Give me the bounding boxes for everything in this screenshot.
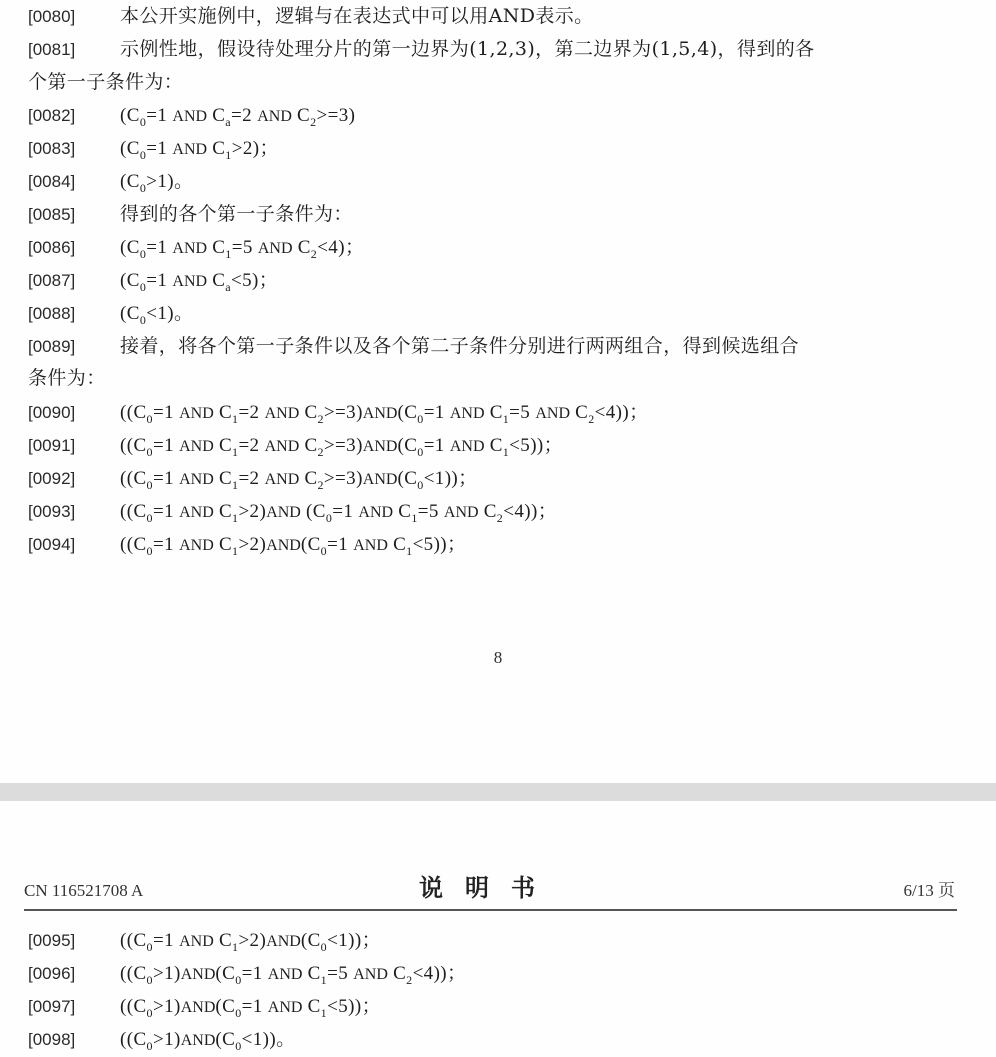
paragraph-text: 得到的各个第一子条件为： <box>120 198 353 231</box>
formula-text: ((C0=1 AND C1=2 AND C2>=3)AND(C0=1 AND C… <box>120 429 563 463</box>
paragraph-number: [0083] <box>28 132 120 165</box>
formula-text: (C0=1 AND Ca<5)； <box>120 264 278 298</box>
formula-text: ((C0=1 AND C1>2)AND(C0=1 AND C1<5))； <box>120 528 466 562</box>
paragraph-number: [0080] <box>28 0 120 33</box>
paragraph-text: 条件为： <box>28 362 106 395</box>
document-page-1: [0080]本公开实施例中，逻辑与在表达式中可以用AND表示。 [0081]示例… <box>0 0 996 783</box>
page-indicator: 6/13 页 <box>904 876 955 901</box>
paragraph-0096: [0096]((C0>1)AND(C0=1 AND C1=5 AND C2<4)… <box>28 957 466 990</box>
paragraph-0087: [0087](C0=1 AND Ca<5)； <box>28 264 278 297</box>
paragraph-0085: [0085]得到的各个第一子条件为： <box>28 198 353 231</box>
page-header-title: 说明书 <box>419 868 557 903</box>
patent-number: CN 116521708 A <box>24 881 143 901</box>
paragraph-number: [0084] <box>28 165 120 198</box>
paragraph-0091: [0091]((C0=1 AND C1=2 AND C2>=3)AND(C0=1… <box>28 429 563 462</box>
paragraph-0080: [0080]本公开实施例中，逻辑与在表达式中可以用AND表示。 <box>28 0 594 33</box>
paragraph-number: [0082] <box>28 99 120 132</box>
formula-text: ((C0=1 AND C1>2)AND (C0=1 AND C1=5 AND C… <box>120 495 557 529</box>
page-separator <box>0 783 996 801</box>
formula-text: (C0=1 AND C1=5 AND C2<4)； <box>120 231 364 265</box>
paragraph-0082: [0082](C0=1 AND Ca=2 AND C2>=3) <box>28 99 355 132</box>
formula-text: (C0=1 AND Ca=2 AND C2>=3) <box>120 99 355 133</box>
paragraph-0095: [0095]((C0=1 AND C1>2)AND(C0<1))； <box>28 924 381 957</box>
page-number: 8 <box>0 648 996 668</box>
paragraph-number: [0091] <box>28 429 120 462</box>
paragraph-0088: [0088](C0<1)。 <box>28 297 193 330</box>
paragraph-number: [0086] <box>28 231 120 264</box>
paragraph-0081: [0081]示例性地，假设待处理分片的第一边界为(1,2,3)，第二边界为(1,… <box>28 33 815 66</box>
paragraph-text: 本公开实施例中，逻辑与在表达式中可以用AND表示。 <box>120 0 594 33</box>
paragraph-0084: [0084](C0>1)。 <box>28 165 193 198</box>
paragraph-number: [0097] <box>28 990 120 1023</box>
paragraph-0092: [0092]((C0=1 AND C1=2 AND C2>=3)AND(C0<1… <box>28 462 478 495</box>
paragraph-number: [0092] <box>28 462 120 495</box>
paragraph-text: 示例性地，假设待处理分片的第一边界为(1,2,3)，第二边界为(1,5,4)，得… <box>120 33 815 66</box>
paragraph-0098: [0098]((C0>1)AND(C0<1))。 <box>28 1023 295 1056</box>
formula-text: ((C0=1 AND C1=2 AND C2>=3)AND(C0<1))； <box>120 462 478 496</box>
formula-text: (C0<1)。 <box>120 297 193 330</box>
paragraph-number: [0093] <box>28 495 120 528</box>
paragraph-number: [0090] <box>28 396 120 429</box>
paragraph-number: [0089] <box>28 330 120 363</box>
paragraph-text: 接着，将各个第一子条件以及各个第二子条件分别进行两两组合，得到候选组合 <box>120 330 799 363</box>
paragraph-0094: [0094]((C0=1 AND C1>2)AND(C0=1 AND C1<5)… <box>28 528 466 561</box>
paragraph-0089: [0089]接着，将各个第一子条件以及各个第二子条件分别进行两两组合，得到候选组… <box>28 330 799 363</box>
paragraph-number: [0095] <box>28 924 120 957</box>
paragraph-number: [0088] <box>28 297 120 330</box>
paragraph-number: [0098] <box>28 1023 120 1056</box>
paragraph-0081-continued: 个第一子条件为： <box>28 66 183 99</box>
paragraph-0097: [0097]((C0>1)AND(C0=1 AND C1<5))； <box>28 990 381 1023</box>
formula-text: ((C0=1 AND C1=2 AND C2>=3)AND(C0=1 AND C… <box>120 396 649 430</box>
header-rule <box>24 909 957 911</box>
formula-text: ((C0=1 AND C1>2)AND(C0<1))； <box>120 924 381 958</box>
paragraph-0090: [0090]((C0=1 AND C1=2 AND C2>=3)AND(C0=1… <box>28 396 649 429</box>
paragraph-text: 个第一子条件为： <box>28 66 183 99</box>
paragraph-number: [0094] <box>28 528 120 561</box>
formula-text: ((C0>1)AND(C0<1))。 <box>120 1023 295 1057</box>
paragraph-number: [0085] <box>28 198 120 231</box>
paragraph-number: [0087] <box>28 264 120 297</box>
paragraph-0093: [0093]((C0=1 AND C1>2)AND (C0=1 AND C1=5… <box>28 495 557 528</box>
paragraph-0089-continued: 条件为： <box>28 362 106 395</box>
formula-text: (C0=1 AND C1>2)； <box>120 132 279 166</box>
formula-text: (C0>1)。 <box>120 165 193 198</box>
page-header: CN 116521708 A 说明书 6/13 页 <box>24 865 957 911</box>
paragraph-number: [0081] <box>28 33 120 66</box>
formula-text: ((C0>1)AND(C0=1 AND C1<5))； <box>120 990 381 1024</box>
formula-text: ((C0>1)AND(C0=1 AND C1=5 AND C2<4))； <box>120 957 466 991</box>
paragraph-0083: [0083](C0=1 AND C1>2)； <box>28 132 279 165</box>
paragraph-number: [0096] <box>28 957 120 990</box>
paragraph-0086: [0086](C0=1 AND C1=5 AND C2<4)； <box>28 231 364 264</box>
